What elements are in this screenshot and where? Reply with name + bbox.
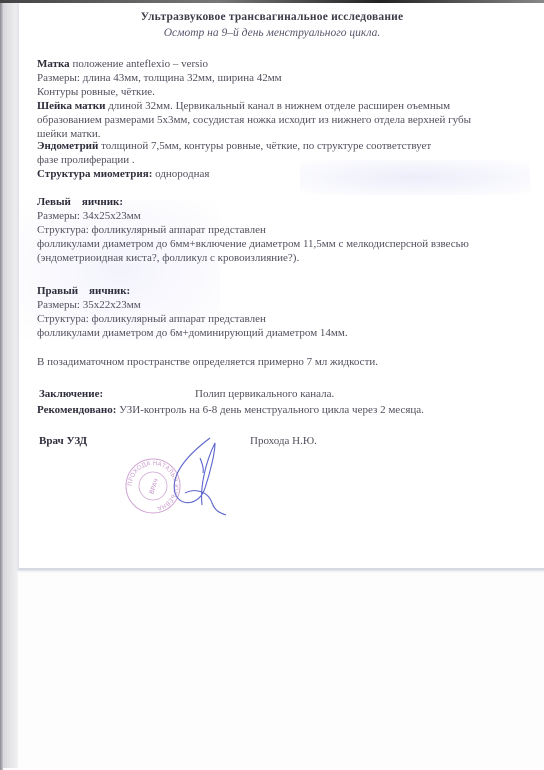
scan-left-strip bbox=[3, 2, 18, 768]
right-ovary-heading: Правый яичник: bbox=[37, 284, 130, 298]
cervix-text-1: длиной 32мм. Цервикальный канал в нижнем… bbox=[105, 100, 450, 112]
right-ovary-structure: Структура: фолликулярный аппарат предста… bbox=[37, 312, 266, 326]
recommendation-label: Рекомендовано: bbox=[37, 404, 116, 416]
myometrium-value: однородная bbox=[152, 168, 209, 180]
endometrium-line-2: фазе пролиферации . bbox=[37, 153, 135, 167]
myometrium-label: Структура миометрия: bbox=[37, 168, 152, 180]
doctor-name: Прохода Н.Ю. bbox=[250, 434, 317, 448]
uterus-contours: Контуры ровные, чёткие. bbox=[37, 85, 155, 99]
conclusion-value: Полип цервикального канала. bbox=[195, 387, 334, 401]
recommendation-line: Рекомендовано: УЗИ-контроль на 6-8 день … bbox=[37, 403, 424, 417]
document-subtitle: Осмотр на 9–й день менструального цикла. bbox=[0, 27, 544, 39]
uterus-position: Матка положение anteflexio – versio bbox=[37, 57, 208, 71]
uterus-label: Матка bbox=[37, 58, 70, 70]
conclusion-label-text: Заключение: bbox=[39, 388, 103, 400]
endometrium-text-1: толщиной 7,5мм, контуры ровные, чёткие, … bbox=[98, 140, 431, 152]
doctor-role: Врач УЗД bbox=[39, 434, 87, 448]
scan-edge bbox=[0, 0, 3, 770]
left-ovary-label: Левый яичник: bbox=[37, 196, 123, 208]
document-title: Ультразвуковое трансвагинальное исследов… bbox=[0, 11, 544, 23]
endometrium-line-1: Эндометрий толщиной 7,5мм, контуры ровны… bbox=[37, 139, 431, 153]
endometrium-label: Эндометрий bbox=[37, 140, 98, 152]
cervix-line-2: образованием размерами 5х3мм, сосудистая… bbox=[37, 113, 471, 127]
right-ovary-label: Правый яичник: bbox=[37, 285, 130, 297]
uterus-position-text: положение anteflexio – versio bbox=[70, 58, 208, 70]
scan-top-edge bbox=[0, 0, 544, 3]
left-ovary-sizes: Размеры: 34х25х23мм bbox=[37, 209, 141, 223]
fluid-finding: В позадиматочном пространстве определяет… bbox=[37, 355, 378, 369]
myometrium-line: Структура миометрия: однородная bbox=[37, 167, 209, 181]
conclusion-label: Заключение: bbox=[39, 387, 103, 401]
recommendation-value: УЗИ-контроль на 6-8 день менструального … bbox=[116, 404, 424, 416]
left-ovary-line-1: фолликулами диаметром до 6мм+включение д… bbox=[37, 237, 469, 251]
doctor-signature-icon bbox=[160, 433, 230, 518]
uterus-sizes: Размеры: длина 43мм, толщина 32мм, ширин… bbox=[37, 71, 282, 85]
right-ovary-sizes: Размеры: 35х22х23мм bbox=[37, 298, 141, 312]
cervix-line-1: Шейка матки длиной 32мм. Цервикальный ка… bbox=[37, 99, 450, 113]
left-ovary-line-2: (эндометриоидная киста?, фолликул с кров… bbox=[37, 251, 299, 265]
left-ovary-structure: Структура: фолликулярный аппарат предста… bbox=[37, 223, 266, 237]
left-ovary-heading: Левый яичник: bbox=[37, 195, 123, 209]
svg-text:ВРАЧ: ВРАЧ bbox=[148, 478, 160, 495]
cervix-label: Шейка матки bbox=[37, 100, 105, 112]
doctor-role-text: Врач УЗД bbox=[39, 435, 87, 447]
right-ovary-line-1: фолликулами диаметром до 6м+доминирующий… bbox=[37, 326, 348, 340]
